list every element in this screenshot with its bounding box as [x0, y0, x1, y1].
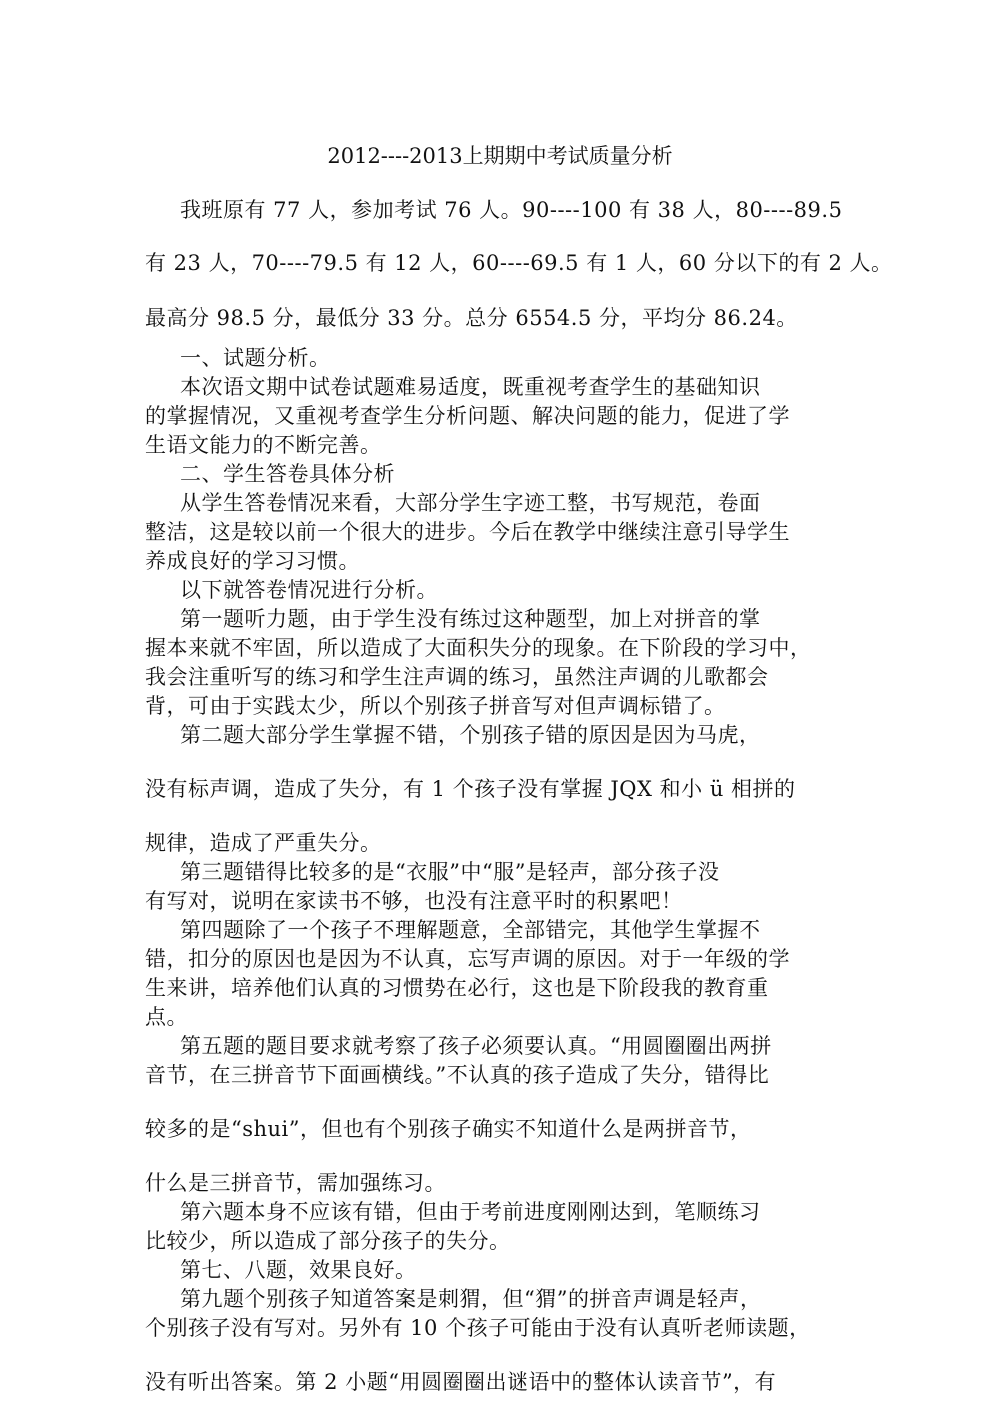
text-line: 第二题大部分学生掌握不错，个别孩子错的原因是因为马虎， [180, 721, 761, 749]
text-line: 我班原有 77 人，参加考试 76 人。90----100 有 38 人，80-… [180, 196, 842, 224]
text-line: 一、试题分析。 [180, 344, 331, 372]
text-line: 第一题听力题，由于学生没有练过这种题型，加上对拼音的掌 [180, 605, 761, 633]
text-line: 点。 [145, 1003, 188, 1031]
text-line: 从学生答卷情况来看，大部分学生字迹工整，书写规范，卷面 [180, 489, 761, 517]
text-line: 第三题错得比较多的是“衣服”中“服”是轻声，部分孩子没 [180, 858, 719, 886]
text-line: 最高分 98.5 分，最低分 33 分。总分 6554.5 分，平均分 86.2… [145, 304, 798, 332]
text-line: 音节，在三拼音节下面画横线。”不认真的孩子造成了失分，错得比 [145, 1061, 769, 1089]
text-line: 第九题个别孩子知道答案是刺猬，但“猬”的拼音声调是轻声， [180, 1285, 761, 1313]
text-line: 错，扣分的原因也是因为不认真，忘写声调的原因。对于一年级的学 [145, 945, 790, 973]
text-line: 的掌握情况，又重视考查学生分析问题、解决问题的能力，促进了学 [145, 402, 790, 430]
text-line: 生来讲，培养他们认真的习惯势在必行，这也是下阶段我的教育重 [145, 974, 769, 1002]
text-line: 本次语文期中试卷试题难易适度，既重视考查学生的基础知识 [180, 373, 761, 401]
text-line: 我会注重听写的练习和学生注声调的练习，虽然注声调的儿歌都会 [145, 663, 769, 691]
document-title: 2012----2013上期期中考试质量分析 [0, 142, 1000, 170]
text-line: 规律，造成了严重失分。 [145, 829, 382, 857]
text-line: 什么是三拼音节，需加强练习。 [145, 1169, 446, 1197]
text-line: 第七、八题，效果良好。 [180, 1256, 417, 1284]
text-line: 整洁，这是较以前一个很大的进步。今后在教学中继续注意引导学生 [145, 518, 790, 546]
text-line: 较多的是“shui”，但也有个别孩子确实不知道什么是两拼音节， [145, 1115, 752, 1143]
text-line: 比较少，所以造成了部分孩子的失分。 [145, 1227, 511, 1255]
text-line: 背，可由于实践太少，所以个别孩子拼音写对但声调标错了。 [145, 692, 726, 720]
document-page: 2012----2013上期期中考试质量分析 我班原有 77 人，参加考试 76… [0, 0, 1000, 1415]
text-line: 第五题的题目要求就考察了孩子必须要认真。“用圆圈圈出两拼 [180, 1032, 772, 1060]
text-line: 第四题除了一个孩子不理解题意，全部错完，其他学生掌握不 [180, 916, 761, 944]
text-line: 以下就答卷情况进行分析。 [180, 576, 438, 604]
text-line: 握本来就不牢固，所以造成了大面积失分的现象。在下阶段的学习中， [145, 634, 812, 662]
text-line: 养成良好的学习习惯。 [145, 547, 360, 575]
text-line: 生语文能力的不断完善。 [145, 431, 382, 459]
text-line: 没有听出答案。第 2 小题“用圆圈圈出谜语中的整体认读音节”，有 [145, 1368, 776, 1396]
text-line: 没有标声调，造成了失分，有 1 个孩子没有掌握 JQX 和小 ü 相拼的 [145, 775, 796, 803]
text-line: 有 23 人，70----79.5 有 12 人，60----69.5 有 1 … [145, 249, 893, 277]
text-line: 第六题本身不应该有错，但由于考前进度刚刚达到，笔顺练习 [180, 1198, 761, 1226]
text-line: 二、学生答卷具体分析 [180, 460, 395, 488]
text-line: 有写对，说明在家读书不够，也没有注意平时的积累吧！ [145, 887, 683, 915]
text-line: 个别孩子没有写对。另外有 10 个孩子可能由于没有认真听老师读题， [145, 1314, 811, 1342]
